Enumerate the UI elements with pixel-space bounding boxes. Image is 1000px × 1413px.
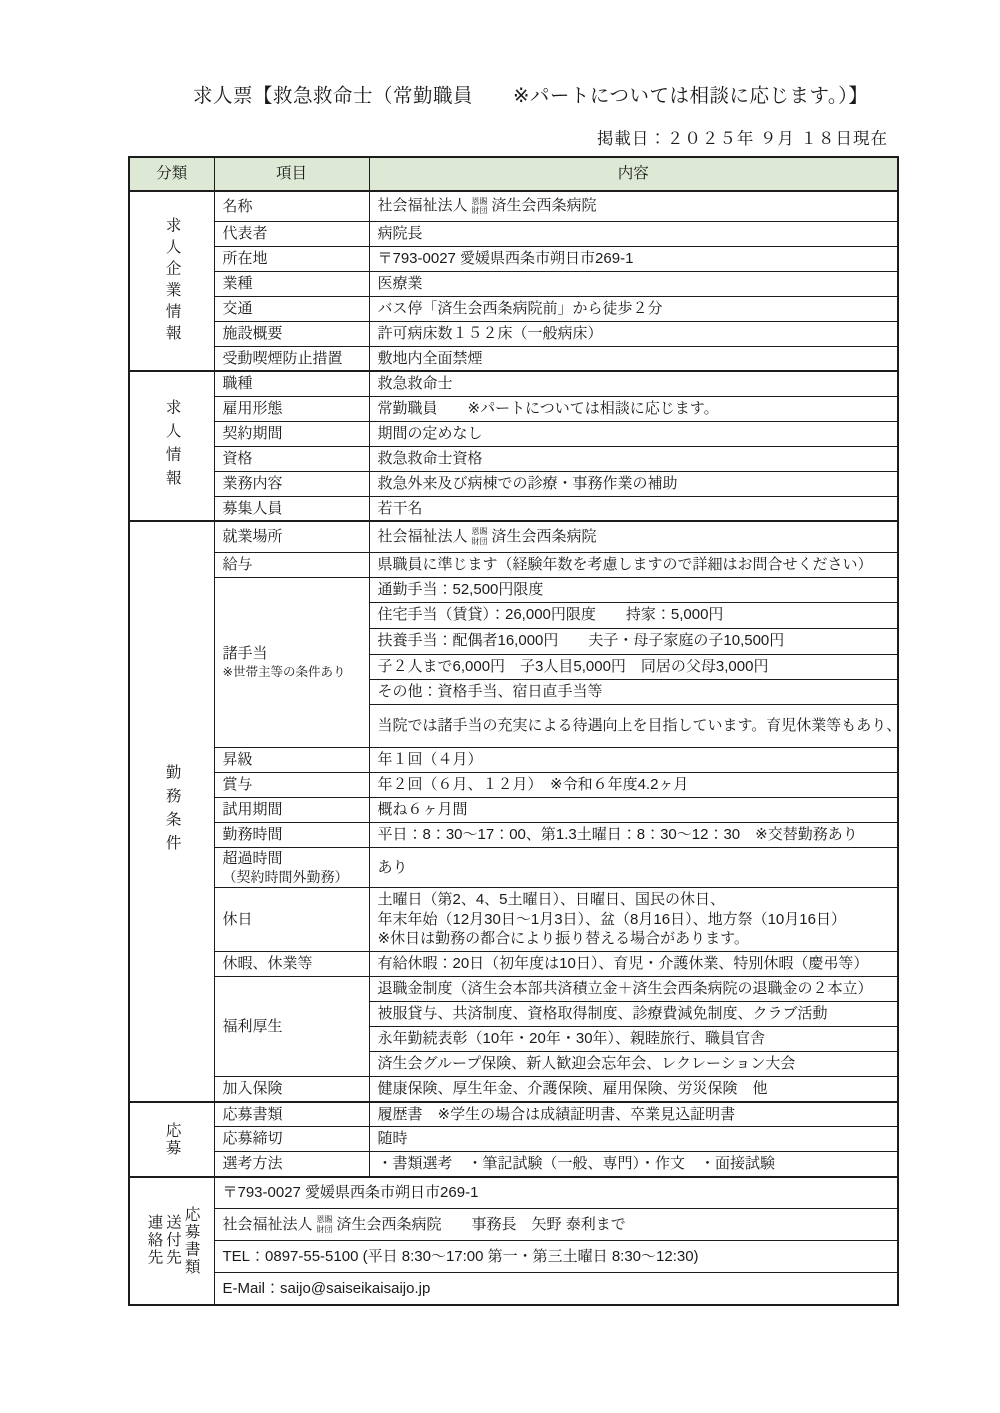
table-row: 雇用形態 常勤職員 ※パートについては相談に応じます。 (129, 396, 898, 421)
item-value: 常勤職員 ※パートについては相談に応じます。 (369, 396, 898, 421)
allowance-condition-note: ※世帯主等の条件あり (223, 664, 361, 680)
item-label: 代表者 (214, 221, 369, 246)
header-cell-content: 内容 (369, 157, 898, 191)
table-row: 休日 土曜日（第2、4、5土曜日）、日曜日、国民の休日、 年末年始（12月30日… (129, 888, 898, 952)
item-value: 県職員に準じます（経験年数を考慮しますので詳細はお問合せください） (369, 552, 898, 577)
item-value: 子２人まで6,000円 子3人目5,000円 同居の父母3,000円 (369, 654, 898, 679)
table-row: 試用期間 概ね６ヶ月間 (129, 797, 898, 822)
contact-tel: TEL：0897-55-5100 (平日 8:30～17:00 第一・第三土曜日… (214, 1241, 898, 1273)
item-value: 若干名 (369, 496, 898, 521)
item-label-welfare: 福利厚生 (214, 977, 369, 1077)
item-value: 年１回（４月） (369, 747, 898, 772)
item-value: 随時 (369, 1127, 898, 1152)
item-label: 所在地 (214, 246, 369, 271)
document-page: 求人票【救急救命士（常勤職員 ※パートについては相談に応じます。）】 掲載日：２… (0, 0, 1000, 1413)
table-row: 勤務条件 就業場所 社会福祉法人恩賜財団済生会西条病院 (129, 521, 898, 552)
item-value: 平日：8：30～17：00、第1.3土曜日：8：30～12：30 ※交替勤務あり (369, 822, 898, 847)
table-row: 勤務時間 平日：8：30～17：00、第1.3土曜日：8：30～12：30 ※交… (129, 822, 898, 847)
header-cell-item: 項目 (214, 157, 369, 191)
item-value: 住宅手当（賃貸）：26,000円限度 持家：5,000円 (369, 602, 898, 628)
section-label-work: 勤務条件 (129, 521, 214, 1102)
item-label: 昇級 (214, 747, 369, 772)
item-label: 業種 (214, 271, 369, 296)
section-label-contact: 応募書類 送付先 連絡先 (129, 1177, 214, 1305)
item-value: 履歴書 ※学生の場合は成績証明書、卒業見込証明書 (369, 1102, 898, 1127)
item-value-holiday: 土曜日（第2、4、5土曜日）、日曜日、国民の休日、 年末年始（12月30日～1月… (369, 888, 898, 952)
item-value: 救急救命士資格 (369, 446, 898, 471)
table-row: 賞与 年２回（６月、１２月） ※令和６年度4.2ヶ月 (129, 772, 898, 797)
table-row: 契約期間 期間の定めなし (129, 421, 898, 446)
item-label: 資格 (214, 446, 369, 471)
item-value: その他：資格手当、宿日直手当等 (369, 679, 898, 704)
table-row: 給与 県職員に準じます（経験年数を考慮しますので詳細はお問合せください） (129, 552, 898, 577)
item-label: 交通 (214, 296, 369, 321)
table-row: 資格 救急救命士資格 (129, 446, 898, 471)
contact-email: E-Mail：saijo@saiseikaisaijo.jp (214, 1273, 898, 1305)
publish-date: 掲載日：２０２５年 ９月 １８日現在 (0, 125, 888, 149)
table-row: TEL：0897-55-5100 (平日 8:30～17:00 第一・第三土曜日… (129, 1241, 898, 1273)
table-row: E-Mail：saijo@saiseikaisaijo.jp (129, 1273, 898, 1305)
item-label: 加入保険 (214, 1077, 369, 1102)
table-row: 諸手当 ※世帯主等の条件あり 通勤手当：52,500円限度 (129, 577, 898, 602)
table-row: 応募 応募書類 履歴書 ※学生の場合は成績証明書、卒業見込証明書 (129, 1102, 898, 1127)
onshi-zaidan-stack: 恩賜財団 (472, 197, 488, 216)
table-row: 応募書類 送付先 連絡先 〒793-0027 愛媛県西条市朔日市269-1 (129, 1177, 898, 1209)
item-label: 募集人員 (214, 496, 369, 521)
section-label-apply: 応募 (129, 1102, 214, 1177)
item-value: 救急救命士 (369, 371, 898, 396)
table-row: 社会福祉法人恩賜財団済生会西条病院 事務長 矢野 泰利まで (129, 1209, 898, 1241)
table-row: 休暇、休業等 有給休暇：20日（初年度は10日）、育児・介護休業、特別休暇（慶弔… (129, 952, 898, 977)
table-row: 業種 医療業 (129, 271, 898, 296)
item-label: 就業場所 (214, 521, 369, 552)
item-value: 健康保険、厚生年金、介護保険、雇用保険、労災保険 他 (369, 1077, 898, 1102)
onshi-zaidan-stack: 恩賜財団 (317, 1215, 333, 1234)
table-row: 求人情報 職種 救急救命士 (129, 371, 898, 396)
item-label: 応募締切 (214, 1127, 369, 1152)
table-row: 選考方法 ・書類選考 ・筆記試験（一般、専門）・作文 ・面接試験 (129, 1152, 898, 1177)
item-label: 受動喫煙防止措置 (214, 346, 369, 371)
onshi-zaidan-stack: 恩賜財団 (472, 527, 488, 546)
item-value: 社会福祉法人恩賜財団済生会西条病院 (369, 191, 898, 221)
table-row: 求人企業情報 名称 社会福祉法人恩賜財団済生会西条病院 (129, 191, 898, 221)
item-label: 休暇、休業等 (214, 952, 369, 977)
item-value: 年２回（６月、１２月） ※令和６年度4.2ヶ月 (369, 772, 898, 797)
table-row: 交通 バス停「済生会西条病院前」から徒歩２分 (129, 296, 898, 321)
item-value: バス停「済生会西条病院前」から徒歩２分 (369, 296, 898, 321)
item-label: 勤務時間 (214, 822, 369, 847)
item-value: 許可病床数１５２床（一般病床） (369, 321, 898, 346)
item-value: 社会福祉法人恩賜財団済生会西条病院 (369, 521, 898, 552)
table-row: 募集人員 若干名 (129, 496, 898, 521)
contact-recipient: 社会福祉法人恩賜財団済生会西条病院 事務長 矢野 泰利まで (214, 1209, 898, 1241)
header-cell-category: 分類 (129, 157, 214, 191)
item-value: 概ね６ヶ月間 (369, 797, 898, 822)
item-value: 敷地内全面禁煙 (369, 346, 898, 371)
table-row: 昇級 年１回（４月） (129, 747, 898, 772)
item-label: 試用期間 (214, 797, 369, 822)
table-row: 福利厚生 退職金制度（済生会本部共済積立金＋済生会西条病院の退職金の２本立） (129, 977, 898, 1002)
item-value: 済生会グループ保険、新人歓迎会忘年会、レクレーション大会 (369, 1052, 898, 1077)
item-label-overtime: 超過時間 （契約時間外勤務） (214, 847, 369, 888)
item-value: 通勤手当：52,500円限度 (369, 577, 898, 602)
item-label: 雇用形態 (214, 396, 369, 421)
item-label: 施設概要 (214, 321, 369, 346)
table-row: 施設概要 許可病床数１５２床（一般病床） (129, 321, 898, 346)
table-row: 業務内容 救急外来及び病棟での診療・事務作業の補助 (129, 471, 898, 496)
table-row: 代表者 病院長 (129, 221, 898, 246)
item-value: 〒793-0027 愛媛県西条市朔日市269-1 (369, 246, 898, 271)
item-label: 契約期間 (214, 421, 369, 446)
item-label: 職種 (214, 371, 369, 396)
item-label: 名称 (214, 191, 369, 221)
section-label-company: 求人企業情報 (129, 191, 214, 371)
item-value: 当院では諸手当の充実による待遇向上を目指しています。育児休業等もあり、子育てをし… (369, 704, 898, 747)
item-label: 給与 (214, 552, 369, 577)
item-value: 有給休暇：20日（初年度は10日）、育児・介護休業、特別休暇（慶弔等） (369, 952, 898, 977)
contact-address: 〒793-0027 愛媛県西条市朔日市269-1 (214, 1177, 898, 1209)
item-value: 扶養手当：配偶者16,000円 夫子・母子家庭の子10,500円 (369, 628, 898, 654)
table-row: 加入保険 健康保険、厚生年金、介護保険、雇用保険、労災保険 他 (129, 1077, 898, 1102)
table-header-row: 分類 項目 内容 (129, 157, 898, 191)
item-value: ・書類選考 ・筆記試験（一般、専門）・作文 ・面接試験 (369, 1152, 898, 1177)
table-row: 受動喫煙防止措置 敷地内全面禁煙 (129, 346, 898, 371)
item-label-allowance: 諸手当 ※世帯主等の条件あり (214, 577, 369, 747)
item-value: 救急外来及び病棟での診療・事務作業の補助 (369, 471, 898, 496)
item-value: 退職金制度（済生会本部共済積立金＋済生会西条病院の退職金の２本立） (369, 977, 898, 1002)
page-title: 求人票【救急救命士（常勤職員 ※パートについては相談に応じます。）】 (193, 80, 1000, 108)
item-value: あり (369, 847, 898, 888)
item-label: 選考方法 (214, 1152, 369, 1177)
section-label-job: 求人情報 (129, 371, 214, 521)
item-label: 応募書類 (214, 1102, 369, 1127)
item-value: 永年勤続表彰（10年・20年・30年）、親睦旅行、職員官舎 (369, 1027, 898, 1052)
item-value: 期間の定めなし (369, 421, 898, 446)
contact-section-label: 応募書類 送付先 連絡先 (144, 1206, 200, 1276)
table-row: 応募締切 随時 (129, 1127, 898, 1152)
item-label: 業務内容 (214, 471, 369, 496)
table-row: 超過時間 （契約時間外勤務） あり (129, 847, 898, 888)
item-label: 賞与 (214, 772, 369, 797)
table-row: 所在地 〒793-0027 愛媛県西条市朔日市269-1 (129, 246, 898, 271)
item-value: 医療業 (369, 271, 898, 296)
item-value: 病院長 (369, 221, 898, 246)
item-label: 休日 (214, 888, 369, 952)
item-value: 被服貸与、共済制度、資格取得制度、診療費減免制度、クラブ活動 (369, 1002, 898, 1027)
job-posting-table: 分類 項目 内容 求人企業情報 名称 社会福祉法人恩賜財団済生会西条病院 代表者… (128, 156, 899, 1306)
